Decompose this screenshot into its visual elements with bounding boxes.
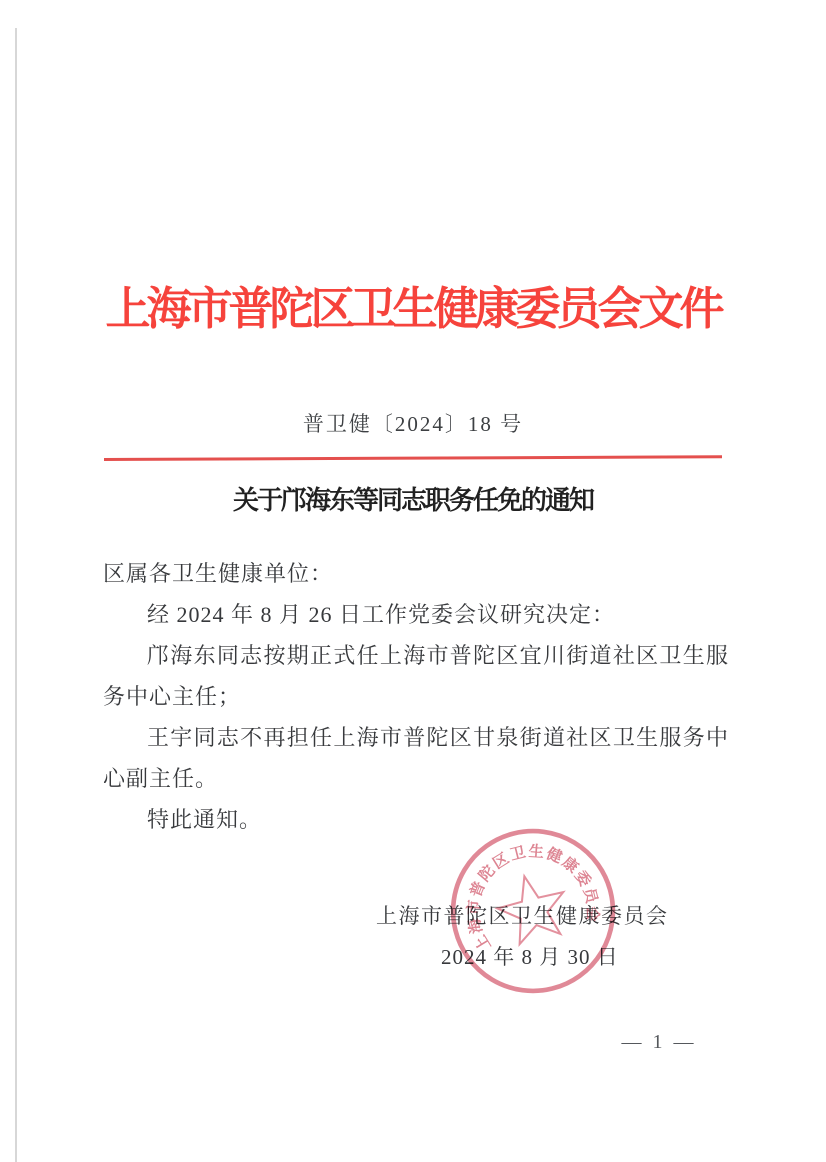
body-paragraph: 王宇同志不再担任上海市普陀区甘泉街道社区卫生服务中心副主任。 bbox=[103, 717, 729, 799]
document-page: 上海市普陀区卫生健康委员会文件 普卫健〔2024〕18 号 关于邝海东等同志职务… bbox=[0, 0, 826, 1162]
document-number: 普卫健〔2024〕18 号 bbox=[0, 408, 826, 438]
body-paragraph: 特此通知。 bbox=[103, 799, 729, 840]
seal-text: 上海市普陀区卫生健康委员会 bbox=[450, 829, 605, 955]
scan-edge-line bbox=[15, 28, 17, 1162]
salutation-line: 区属各卫生健康单位： bbox=[103, 553, 729, 594]
document-body: 区属各卫生健康单位： 经 2024 年 8 月 26 日工作党委会议研究决定： … bbox=[103, 553, 729, 840]
signature-date: 2024 年 8 月 30 日 bbox=[441, 941, 619, 971]
body-paragraph: 邝海东同志按期正式任上海市普陀区宜川街道社区卫生服务中心主任； bbox=[103, 635, 729, 717]
body-paragraph: 经 2024 年 8 月 26 日工作党委会议研究决定： bbox=[103, 594, 729, 635]
signature-organization: 上海市普陀区卫生健康委员会 bbox=[376, 900, 669, 930]
red-separator-line bbox=[104, 455, 722, 461]
document-subject-title: 关于邝海东等同志职务任免的通知 bbox=[0, 480, 826, 517]
page-number: — 1 — bbox=[579, 1031, 739, 1054]
document-header-title: 上海市普陀区卫生健康委员会文件 bbox=[0, 272, 826, 337]
